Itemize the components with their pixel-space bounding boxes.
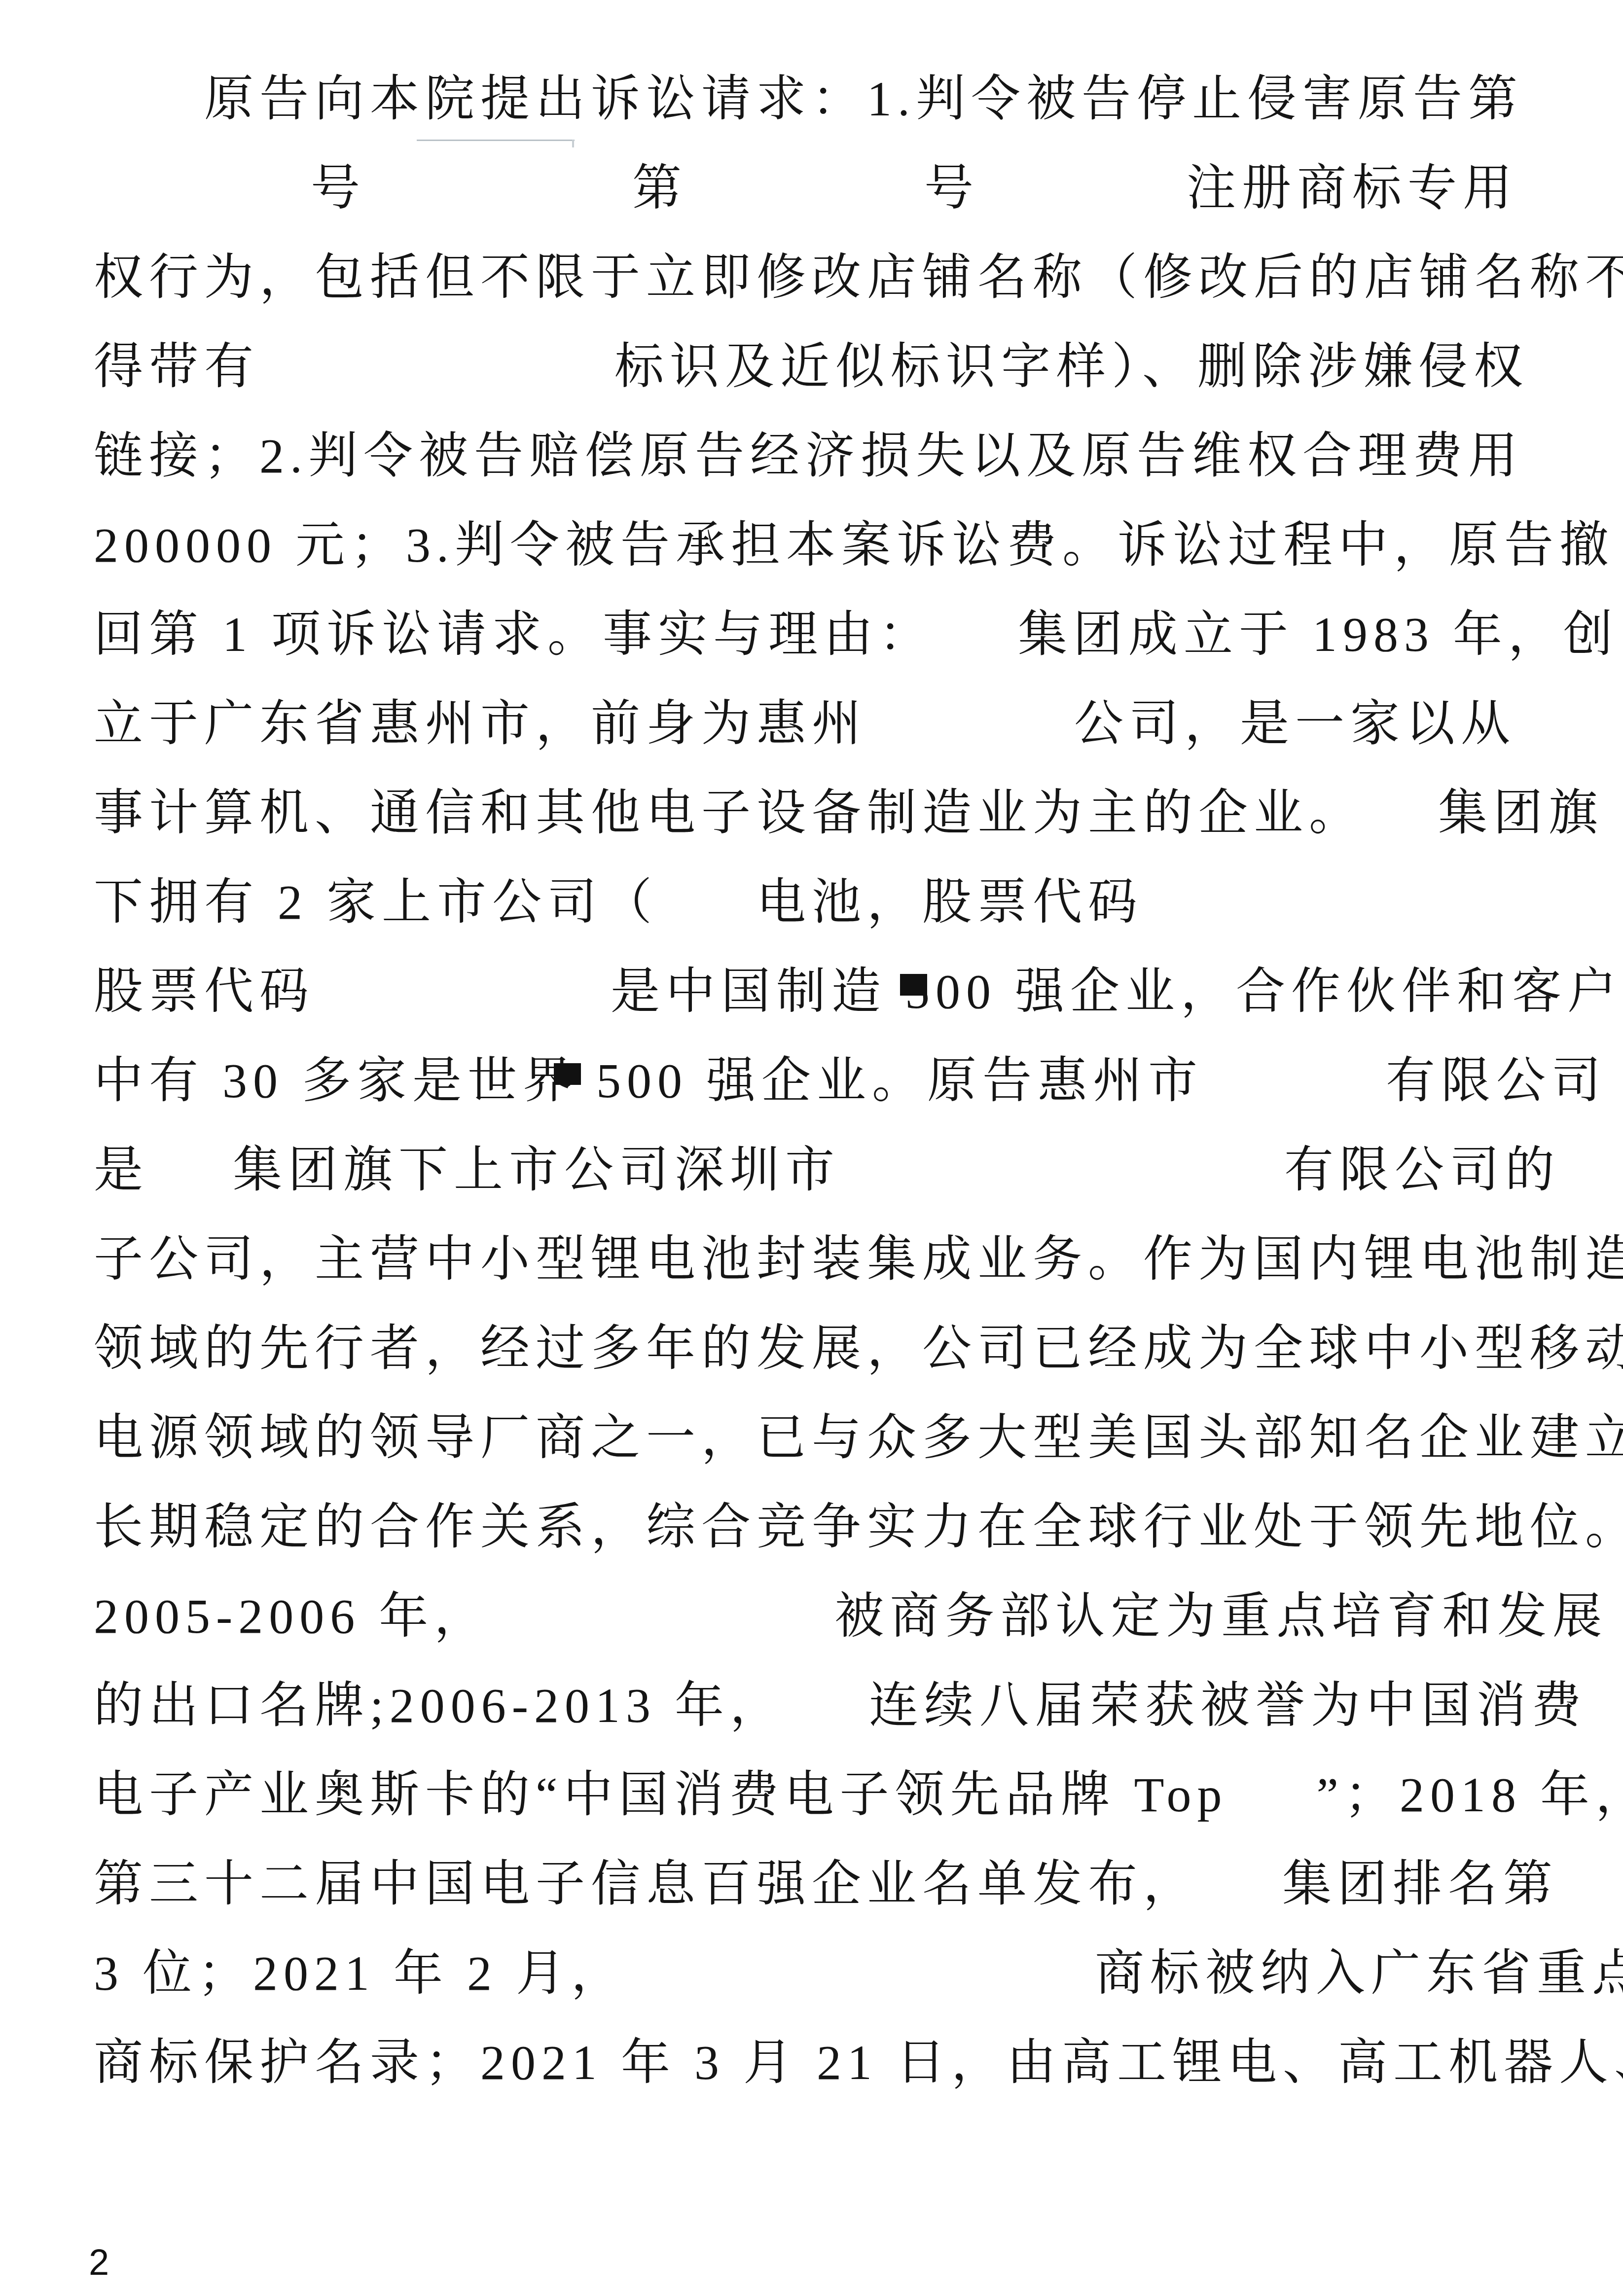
text-segment: 中有 30 多家是世界 500 强企业。原告惠州市: [94, 1053, 1203, 1108]
redaction-gap: [867, 739, 1074, 740]
redaction-gap: [1364, 828, 1438, 829]
text-line: 事计算机、通信和其他电子设备制造业为主的企业。集团旗: [94, 768, 1553, 858]
text-line: 长期稳定的合作关系，综合竞争实力在全球行业处于领先地位。: [94, 1482, 1553, 1572]
redaction-gap: [840, 1185, 1284, 1186]
text-segment: 有限公司的: [1284, 1143, 1560, 1197]
text-segment: 有限公司: [1386, 1053, 1607, 1108]
redaction-gap: [785, 1721, 869, 1722]
text-line: 200000 元；3.判令被告承担本案诉讼费。诉讼过程中，原告撤: [94, 501, 1553, 590]
text-segment: 商标被纳入广东省重点: [1095, 1946, 1623, 2001]
redaction-gap: [149, 1185, 233, 1186]
text-segment: 电源领域的领导厂商之一，已与众多大型美国头部知名企业建立: [94, 1410, 1623, 1465]
document-page: 原告向本院提出诉讼请求：1.判令被告停止侵害原告第号第号注册商标专用权行为，包括…: [0, 0, 1623, 2296]
text-segment: 公司，是一家以从: [1074, 696, 1516, 751]
text-segment: 集团排名第: [1282, 1857, 1558, 1911]
redaction-gap: [1198, 1900, 1282, 1901]
text-line: 子公司，主营中小型锂电池封装集成业务。作为国内锂电池制造: [94, 1215, 1553, 1304]
redaction-gap: [489, 1632, 834, 1633]
text-segment: 3 位；2021 年 2 月，: [94, 1946, 626, 2001]
text-line: 的出口名牌;2006-2013 年，连续八届荣获被誉为中国消费: [94, 1661, 1553, 1750]
redaction-gap: [658, 918, 757, 919]
text-segment: 原告向本院提出诉讼请求：1.判令被告停止侵害原告第: [204, 72, 1523, 126]
text-segment: 的出口名牌;2006-2013 年，: [94, 1678, 785, 1733]
text-segment: 是中国制造 500 强企业，合作伙伴和客户: [611, 964, 1623, 1019]
redaction-gap: [687, 204, 924, 205]
text-segment: 事计算机、通信和其他电子设备制造业为主的企业。: [94, 786, 1364, 840]
text-line: 得带有标识及近似标识字样）、删除涉嫌侵权: [94, 322, 1553, 411]
text-line: 中有 30 多家是世界 500 强企业。原告惠州市有限公司: [94, 1036, 1553, 1125]
scan-artifact: [900, 974, 927, 996]
redaction-gap: [626, 1989, 1095, 1990]
text-line: 电源领域的领导厂商之一，已与众多大型美国头部知名企业建立: [94, 1393, 1553, 1482]
text-line: 回第 1 项诉讼请求。事实与理由：集团成立于 1983 年，创: [94, 590, 1553, 679]
text-segment: 电池，股票代码: [757, 875, 1143, 930]
redaction-gap: [259, 382, 614, 383]
text-segment: 号: [311, 161, 366, 215]
text-segment: 集团成立于 1983 年，创: [1018, 607, 1619, 662]
text-segment: 200000 元；3.判令被告承担本案诉讼费。诉讼过程中，原告撤: [94, 518, 1615, 573]
text-segment: 号: [924, 161, 979, 215]
text-line: 下拥有 2 家上市公司（电池，股票代码: [94, 858, 1553, 947]
text-line: 号第号注册商标专用: [94, 143, 1553, 233]
redaction-gap: [979, 204, 1187, 205]
redaction-gap: [1203, 1096, 1386, 1097]
text-segment: 得带有: [94, 339, 259, 394]
text-segment: 是: [94, 1143, 149, 1197]
text-line: 立于广东省惠州市，前身为惠州公司，是一家以从: [94, 679, 1553, 768]
text-segment: 电子产业奥斯卡的“中国消费电子领先品牌 Top: [94, 1767, 1228, 1822]
redaction-gap: [934, 650, 1018, 651]
redaction-gap: [94, 204, 311, 205]
text-segment: 下拥有 2 家上市公司（: [94, 875, 658, 930]
text-segment: 集团旗下上市公司深圳市: [233, 1143, 840, 1197]
text-line: 商标保护名录；2021 年 3 月 21 日，由高工锂电、高工机器人、: [94, 2018, 1553, 2107]
page-number: 2: [89, 2243, 109, 2282]
text-segment: 链接；2.判令被告赔偿原告经济损失以及原告维权合理费用: [94, 429, 1523, 483]
text-segment: 领域的先行者，经过多年的发展，公司已经成为全球中小型移动: [94, 1321, 1623, 1376]
text-segment: 连续八届荣获被誉为中国消费: [869, 1678, 1587, 1733]
text-segment: 集团旗: [1438, 786, 1604, 840]
text-segment: 第三十二届中国电子信息百强企业名单发布，: [94, 1857, 1198, 1911]
text-line: 3 位；2021 年 2 月，商标被纳入广东省重点: [94, 1929, 1553, 2018]
redaction-gap: [1228, 1810, 1317, 1811]
text-line: 领域的先行者，经过多年的发展，公司已经成为全球中小型移动: [94, 1304, 1553, 1393]
text-segment: 2005-2006 年，: [94, 1589, 489, 1644]
text-line: 是集团旗下上市公司深圳市有限公司的: [94, 1125, 1553, 1215]
text-line: 原告向本院提出诉讼请求：1.判令被告停止侵害原告第: [94, 54, 1553, 143]
text-segment: 立于广东省惠州市，前身为惠州: [94, 696, 867, 751]
text-line: 股票代码是中国制造 500 强企业，合作伙伴和客户: [94, 947, 1553, 1036]
text-segment: ”；2018 年，: [1317, 1767, 1623, 1822]
scan-artifact: [554, 1063, 581, 1085]
text-line: 权行为，包括但不限于立即修改店铺名称（修改后的店铺名称不: [94, 233, 1553, 322]
text-line: 链接；2.判令被告赔偿原告经济损失以及原告维权合理费用: [94, 411, 1553, 501]
text-segment: 长期稳定的合作关系，综合竞争实力在全球行业处于领先地位。: [94, 1500, 1623, 1554]
text-block: 原告向本院提出诉讼请求：1.判令被告停止侵害原告第号第号注册商标专用权行为，包括…: [94, 54, 1553, 2107]
text-segment: 被商务部认定为重点培育和发展: [834, 1589, 1608, 1644]
text-segment: 股票代码: [94, 964, 315, 1019]
text-line: 电子产业奥斯卡的“中国消费电子领先品牌 Top”；2018 年，: [94, 1750, 1553, 1839]
text-segment: 注册商标专用: [1187, 161, 1518, 215]
text-line: 第三十二届中国电子信息百强企业名单发布，集团排名第: [94, 1839, 1553, 1929]
redaction-gap: [315, 1007, 611, 1008]
text-line: 2005-2006 年，被商务部认定为重点培育和发展: [94, 1572, 1553, 1661]
text-segment: 回第 1 项诉讼请求。事实与理由：: [94, 607, 934, 662]
text-segment: 权行为，包括但不限于立即修改店铺名称（修改后的店铺名称不: [94, 250, 1623, 305]
text-segment: 子公司，主营中小型锂电池封装集成业务。作为国内锂电池制造: [94, 1232, 1623, 1287]
text-segment: 标识及近似标识字样）、删除涉嫌侵权: [614, 339, 1529, 394]
redaction-gap: [366, 204, 632, 205]
text-segment: 第: [632, 161, 687, 215]
text-segment: 商标保护名录；2021 年 3 月 21 日，由高工锂电、高工机器人、: [94, 2035, 1623, 2090]
